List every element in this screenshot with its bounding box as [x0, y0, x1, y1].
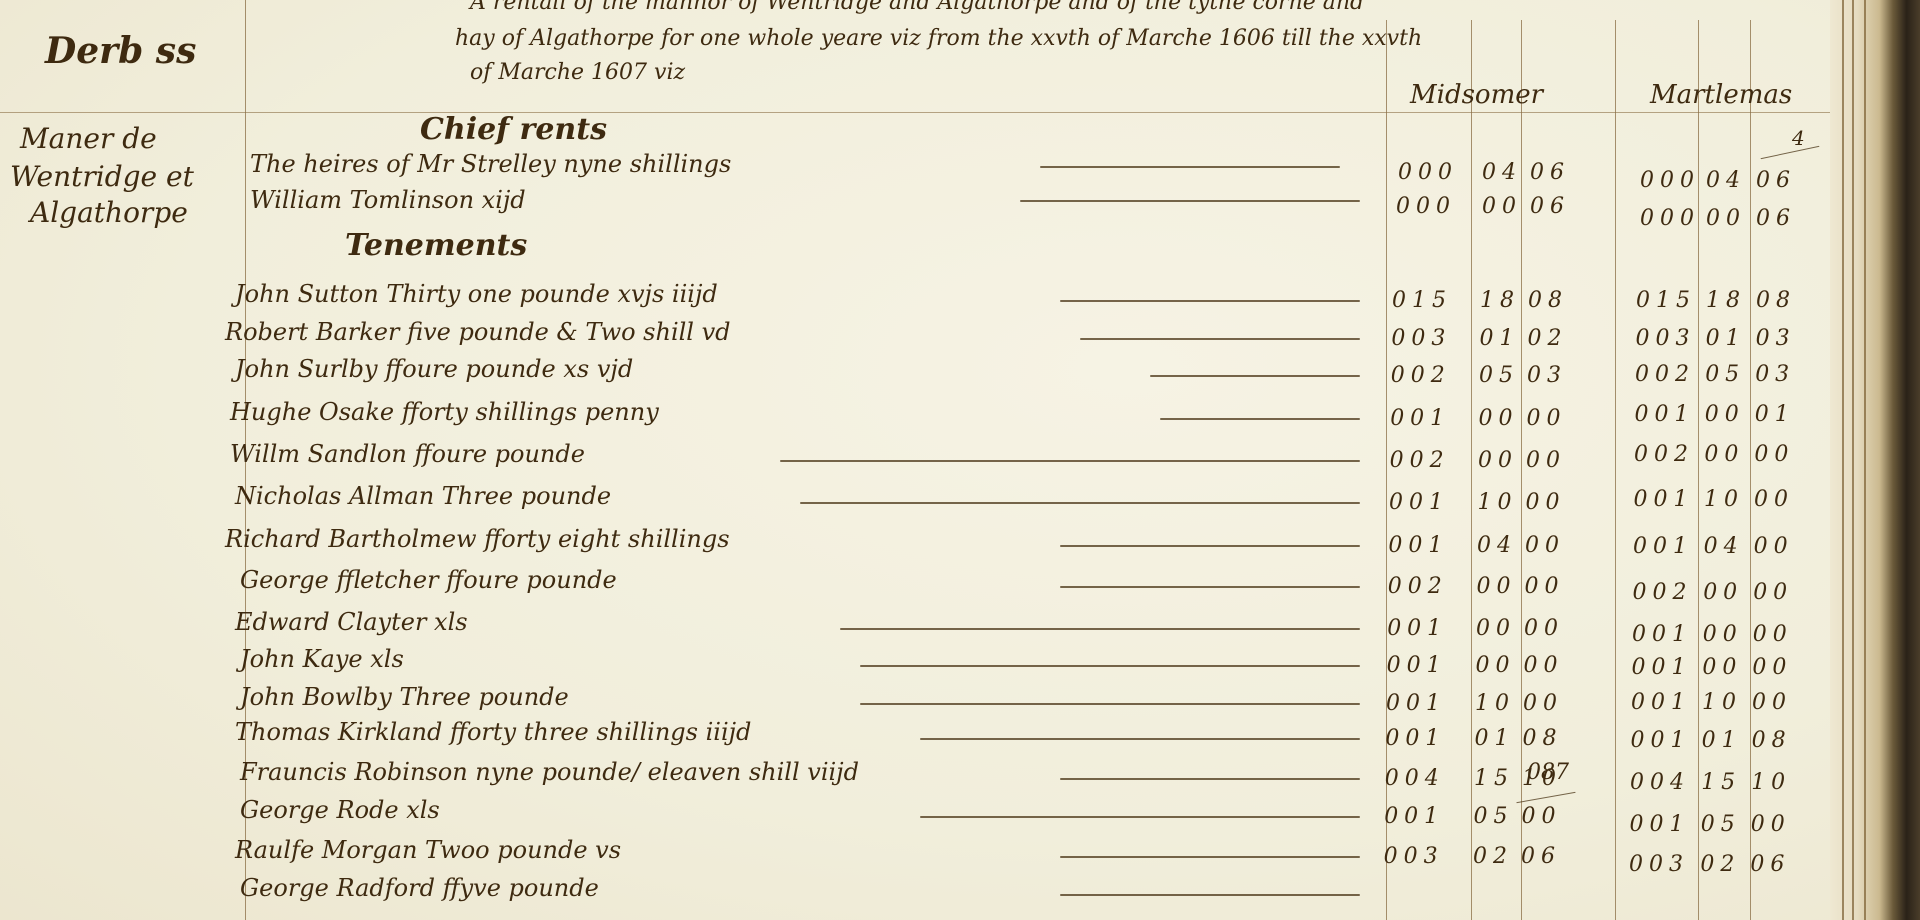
- manuscript-page: Derb ss A rentall of the mannor of Wentr…: [0, 0, 1880, 920]
- midsomer-shillings: 04: [1482, 160, 1522, 185]
- header-line-3: of Marche 1607 viz: [470, 56, 685, 90]
- midsomer-shillings: 10: [1478, 490, 1518, 515]
- entry-text: George Radford ffyve pounde: [240, 874, 599, 902]
- midsomer-pence: 06: [1521, 844, 1561, 869]
- martlemas-shillings: 00: [1704, 442, 1744, 467]
- martlemas-pence: 08: [1756, 288, 1796, 313]
- midsomer-pence: 00: [1522, 804, 1562, 829]
- margin-heading-1: Maner de: [20, 122, 157, 156]
- midsomer-pence: 03: [1527, 363, 1567, 388]
- midsomer-header: Midsomer: [1410, 80, 1543, 110]
- midsomer-shillings: 15: [1474, 766, 1514, 791]
- folio-underline: [1761, 146, 1820, 159]
- entry-text: John Sutton Thirty one pounde xvjs iiijd: [235, 280, 718, 308]
- midsomer-pence: 00: [1524, 616, 1564, 641]
- entry-text: Willm Sandlon ffoure pounde: [230, 440, 585, 468]
- midsomer-pounds: 000: [1396, 194, 1456, 219]
- martlemas-pence: 00: [1754, 442, 1794, 467]
- correction-underline: [1516, 792, 1575, 803]
- entry-text: William Tomlinson xijd: [250, 186, 526, 214]
- entry-text: Richard Bartholmew fforty eight shilling…: [225, 525, 730, 553]
- book-binding-edge: [1830, 0, 1920, 920]
- midsomer-pence: 00: [1523, 691, 1563, 716]
- martlemas-left-rule: [1615, 20, 1616, 920]
- header-line-1: A rentall of the mannor of Wentridge and…: [470, 0, 1364, 20]
- entry-text: John Surlby ffoure pounde xs vjd: [235, 355, 633, 383]
- leader-line: [840, 628, 1360, 630]
- midsomer-pence: 00: [1525, 533, 1565, 558]
- leader-line: [1060, 778, 1360, 780]
- leader-line: [1060, 300, 1360, 302]
- midsomer-pence: 08: [1528, 288, 1568, 313]
- midsomer-pence: 00: [1524, 653, 1564, 678]
- entry-text: John Bowlby Three pounde: [240, 683, 569, 711]
- midsomer-pounds: 001: [1387, 616, 1447, 641]
- martlemas-shillings: 00: [1703, 580, 1743, 605]
- martlemas-shillings: 00: [1705, 402, 1745, 427]
- county-label: Derb ss: [45, 30, 196, 72]
- midsomer-pounds: 001: [1386, 691, 1446, 716]
- midsomer-shillings: 01: [1480, 326, 1520, 351]
- midsomer-shillings: 00: [1477, 574, 1517, 599]
- martlemas-pence: 00: [1753, 622, 1793, 647]
- martlemas-pence: 00: [1754, 534, 1794, 559]
- midsomer-pounds: 001: [1388, 533, 1448, 558]
- martlemas-pounds: 001: [1635, 402, 1695, 427]
- midsomer-shillings: 05: [1474, 804, 1514, 829]
- entry-text: Hughe Osake fforty shillings penny: [230, 398, 659, 426]
- martlemas-shillings: 00: [1706, 206, 1746, 231]
- martlemas-pounds: 001: [1631, 690, 1691, 715]
- martlemas-shillings: 04: [1706, 168, 1746, 193]
- martlemas-pounds: 000: [1640, 206, 1700, 231]
- page-fold: [1852, 0, 1854, 920]
- martlemas-shillings: 15: [1701, 770, 1741, 795]
- folio-number: 4: [1792, 126, 1805, 150]
- midsomer-pounds: 001: [1384, 804, 1444, 829]
- midsomer-pounds: 004: [1385, 766, 1445, 791]
- midsomer-pence: 00: [1527, 406, 1567, 431]
- midsomer-shillings: 00: [1479, 406, 1519, 431]
- martlemas-pence: 03: [1756, 326, 1796, 351]
- midsomer-pence: 00: [1525, 574, 1565, 599]
- martlemas-shillings: 01: [1706, 326, 1746, 351]
- leader-line: [920, 738, 1360, 740]
- section-title-chief-rents: Chief rents: [420, 112, 607, 147]
- martlemas-pounds: 001: [1630, 812, 1690, 837]
- martlemas-pounds: 004: [1630, 770, 1690, 795]
- martlemas-header: Martlemas: [1650, 80, 1792, 110]
- martlemas-pounds: 001: [1634, 487, 1694, 512]
- midsomer-pounds: 003: [1384, 844, 1444, 869]
- martlemas-pounds: 001: [1632, 655, 1692, 680]
- entry-text: Thomas Kirkland fforty three shillings i…: [235, 718, 751, 746]
- midsomer-shillings: 10: [1475, 691, 1515, 716]
- leader-line: [1150, 375, 1360, 377]
- martlemas-pounds: 002: [1633, 580, 1693, 605]
- midsomer-shillings-rule: [1471, 20, 1472, 920]
- martlemas-shillings: 05: [1705, 362, 1745, 387]
- entry-text: George ffletcher ffoure pounde: [240, 566, 617, 594]
- leader-line: [1040, 166, 1340, 168]
- midsomer-shillings: 04: [1477, 533, 1517, 558]
- midsomer-pence: 00: [1526, 490, 1566, 515]
- midsomer-pounds: 002: [1388, 574, 1448, 599]
- entry-text: Nicholas Allman Three pounde: [235, 482, 611, 510]
- page-fold: [1864, 0, 1866, 920]
- midsomer-pounds: 001: [1387, 653, 1447, 678]
- midsomer-pounds: 001: [1390, 406, 1450, 431]
- martlemas-pence: 01: [1755, 402, 1795, 427]
- martlemas-pounds: 001: [1632, 622, 1692, 647]
- leader-line: [780, 460, 1360, 462]
- margin-heading-2: Wentridge et: [10, 160, 194, 194]
- martlemas-shillings: 01: [1702, 728, 1742, 753]
- section-title-tenements: Tenements: [345, 228, 527, 263]
- martlemas-shillings: 04: [1704, 534, 1744, 559]
- leader-line: [1060, 856, 1360, 858]
- martlemas-pence: 00: [1753, 580, 1793, 605]
- leader-line: [920, 816, 1360, 818]
- leader-line: [1060, 894, 1360, 896]
- martlemas-pence: 00: [1752, 655, 1792, 680]
- midsomer-pounds: 015: [1392, 288, 1452, 313]
- midsomer-pounds: 002: [1391, 363, 1451, 388]
- entry-text: John Kaye xls: [240, 645, 404, 673]
- midsomer-shillings: 02: [1473, 844, 1513, 869]
- header-rule: [0, 112, 1850, 113]
- entry-text: Robert Barker five pounde & Two shill vd: [225, 318, 731, 346]
- martlemas-shillings-rule: [1698, 20, 1699, 920]
- leader-line: [800, 502, 1360, 504]
- martlemas-pence: 06: [1750, 852, 1790, 877]
- midsomer-pounds: 003: [1391, 326, 1451, 351]
- leader-line: [1060, 545, 1360, 547]
- martlemas-pounds: 001: [1633, 534, 1693, 559]
- midsomer-shillings: 18: [1480, 288, 1520, 313]
- midsomer-shillings: 00: [1482, 194, 1522, 219]
- martlemas-pence: 00: [1754, 487, 1794, 512]
- martlemas-pounds: 002: [1635, 362, 1695, 387]
- entry-text: Raulfe Morgan Twoo pounde vs: [235, 836, 621, 864]
- martlemas-shillings: 02: [1700, 852, 1740, 877]
- entry-text: Frauncis Robinson nyne pounde/ eleaven s…: [240, 758, 859, 786]
- midsomer-shillings: 00: [1476, 653, 1516, 678]
- martlemas-shillings: 18: [1706, 288, 1746, 313]
- midsomer-pounds: 002: [1390, 448, 1450, 473]
- entry-text: The heires of Mr Strelley nyne shillings: [250, 150, 731, 178]
- martlemas-shillings: 10: [1702, 690, 1742, 715]
- martlemas-pounds: 002: [1634, 442, 1694, 467]
- leader-line: [1160, 418, 1360, 420]
- martlemas-pence: 08: [1752, 728, 1792, 753]
- leader-line: [860, 665, 1360, 667]
- martlemas-pounds: 003: [1629, 852, 1689, 877]
- midsomer-shillings: 05: [1479, 363, 1519, 388]
- midsomer-shillings: 00: [1476, 616, 1516, 641]
- midsomer-pounds: 001: [1385, 726, 1445, 751]
- midsomer-pence: 06: [1530, 194, 1570, 219]
- martlemas-pence: 00: [1752, 690, 1792, 715]
- martlemas-pence: 00: [1751, 812, 1791, 837]
- midsomer-pence: 02: [1528, 326, 1568, 351]
- page-fold: [1842, 0, 1844, 920]
- entry-text: George Rode xls: [240, 796, 440, 824]
- correction-mark: 087: [1527, 760, 1569, 785]
- midsomer-shillings: 01: [1475, 726, 1515, 751]
- martlemas-shillings: 10: [1704, 487, 1744, 512]
- martlemas-shillings: 00: [1703, 622, 1743, 647]
- martlemas-pence: 06: [1756, 206, 1796, 231]
- martlemas-pence: 03: [1755, 362, 1795, 387]
- martlemas-shillings: 00: [1702, 655, 1742, 680]
- martlemas-pounds: 001: [1631, 728, 1691, 753]
- midsomer-pence: 06: [1530, 160, 1570, 185]
- midsomer-pence: 08: [1523, 726, 1563, 751]
- midsomer-pounds: 001: [1389, 490, 1449, 515]
- leader-line: [1020, 200, 1360, 202]
- header-line-2: hay of Algathorpe for one whole yeare vi…: [455, 22, 1422, 56]
- leader-line: [1060, 586, 1360, 588]
- martlemas-shillings: 05: [1701, 812, 1741, 837]
- martlemas-pounds: 003: [1636, 326, 1696, 351]
- midsomer-shillings: 00: [1478, 448, 1518, 473]
- margin-heading-3: Algathorpe: [30, 196, 188, 230]
- martlemas-pence: 10: [1751, 770, 1791, 795]
- midsomer-pence: 00: [1526, 448, 1566, 473]
- midsomer-pounds: 000: [1398, 160, 1458, 185]
- leader-line: [1080, 338, 1360, 340]
- entry-text: Edward Clayter xls: [235, 608, 468, 636]
- martlemas-pounds: 000: [1640, 168, 1700, 193]
- leader-line: [860, 703, 1360, 705]
- martlemas-pounds: 015: [1636, 288, 1696, 313]
- martlemas-pence: 06: [1756, 168, 1796, 193]
